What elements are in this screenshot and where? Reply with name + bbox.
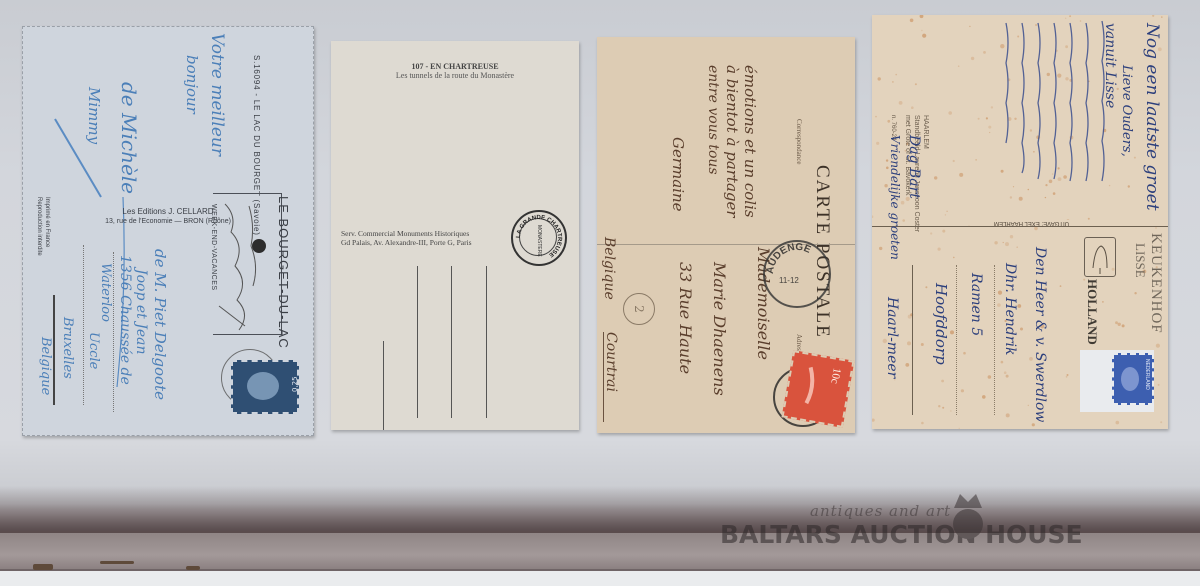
stamp-country: NEDERLAND [1144,359,1150,390]
sower-figure-icon [785,352,845,420]
postage-stamp-semeuse: 10c [782,350,855,428]
stamp-value: 10c [828,367,843,385]
paint-chip [100,561,134,564]
postmark-slogan: LE BOURGET-DU-LAC [276,196,291,349]
cachet-la-grande-chartreuse: LA GRANDE CHARTREUSE MONASTERE [511,210,567,266]
address-rule [383,341,384,430]
address-line: 1356 Chaussée de [117,255,133,385]
address-rule [486,266,487,418]
crown-icon [948,488,988,544]
address-line: Uccle [86,332,101,369]
address-line: Belgique [38,337,53,395]
cachet-inner-text: MONASTERE [536,225,542,257]
address-rule [113,252,114,412]
message-line: entre vous tous [705,65,721,175]
address-rule [603,332,604,422]
marianne-portrait-icon [233,362,297,412]
address-line: Hoofddorp [932,283,950,365]
tulip-icon [1084,237,1116,277]
stamp-value: 0,25 [291,376,299,392]
postmark-town-text: AUDENGE [765,242,813,275]
publisher-block: Serv. Commercial Monuments Historiques G… [341,229,472,247]
lake-landscape-icon [215,196,275,336]
postage-stamp: 0,25 [231,360,299,414]
watermark-tagline: antiques and art [810,502,951,520]
address-line: Haarl-meer [884,297,900,378]
address-line: Waterloo [98,263,113,322]
publisher-name: UITGAVE: EXEL HAARLEM [992,220,1071,226]
caption-city: HAARLEM [921,115,930,232]
paint-chip [186,566,200,570]
slogan-postmark-keukenhof: KEUKENHOF LISSE HOLLAND [1080,229,1166,339]
postmark-slogan-line: LISSE [1132,243,1148,278]
postmark-subslogan: WEEK-END-VACANCES [210,204,217,291]
address-rule [83,245,84,405]
address-line: de M. Piet Delgoote [151,249,169,400]
address-line: Dhr. Hendrik [1002,263,1018,355]
address-line: Bruxelles [60,317,75,379]
address-line: Den Heer & v. Swerdlow [1032,247,1048,422]
address-rule [912,265,913,415]
message-line: émotions et un colis [741,65,759,218]
address-rule [451,266,452,418]
divider-line [872,226,1168,227]
address-line: 33 Rue Haute [676,262,695,374]
imprint-line: Reproduction interdite [35,197,43,256]
postcard-le-lac-du-bourget: S.16094 - LE LAC DU BOURGET (Savoie) Vot… [22,26,314,436]
address-line: Ramen 5 [968,273,984,336]
correspondance-label: Correspondance [795,119,803,164]
svg-text:AUDENGE: AUDENGE [765,242,813,275]
slogan-postmark: LE BOURGET-DU-LAC WEEK-END-VACANCES [213,193,282,335]
postage-stamp-nederland: NEDERLAND [1112,353,1154,405]
publisher-line: Serv. Commercial Monuments Historiques [341,229,472,238]
postcard-carte-postale-audenge: CARTE POSTALE Correspondance Adresse émo… [597,37,855,433]
postmark-date: 11-12 [779,276,799,285]
address-rule [53,295,55,405]
postcard-haarlem: HAARLEM Standbeeld Laurens Janszoon Cost… [872,15,1168,429]
card-caption-sub: Les tunnels de la route du Monastère [331,71,579,80]
watermark-brand: BALTARS AUCTION HOUSE [720,520,1083,549]
address-line: Joop et Jean [133,269,149,355]
message-line: bonjour [183,55,201,114]
postcard-en-chartreuse: 107 - EN CHARTREUSE Les tunnels de la ro… [331,41,579,430]
address-city: Courtrai [603,332,619,392]
address-country: Belgique [601,237,617,300]
message-signature: Dag Bart [906,135,922,199]
address-line: Marie Dhaenens [710,262,729,396]
message-line: Vriendelijke groeten [888,135,902,260]
message-line: Votre meilleur [207,33,227,156]
publisher-line: Gd Palais, Av. Alexandre-III, Porte G, P… [341,238,472,247]
imprint-line: Imprimé en France [43,197,51,256]
message-line: à bientot à partager [723,65,741,218]
circled-number: 2 [623,293,655,325]
card-caption-title: 107 - EN CHARTREUSE [331,62,579,71]
address-rule [994,265,995,415]
address-rule [956,265,957,415]
address-rule [417,266,418,418]
handwritten-lines [936,19,1156,219]
imprint: Imprimé en France Reproduction interdite [35,197,51,256]
sill-edge [0,569,1200,586]
watermark-logo: antiques and art BALTARS AUCTION HOUSE [720,500,1140,560]
postmark-slogan-line: HOLLAND [1084,279,1100,345]
paint-chip [33,564,53,570]
message-signature: Germaine [669,137,687,212]
postmark-audenge: AUDENGE 11-12 [763,240,831,308]
postmark-slogan-line: KEUKENHOF [1147,233,1164,334]
